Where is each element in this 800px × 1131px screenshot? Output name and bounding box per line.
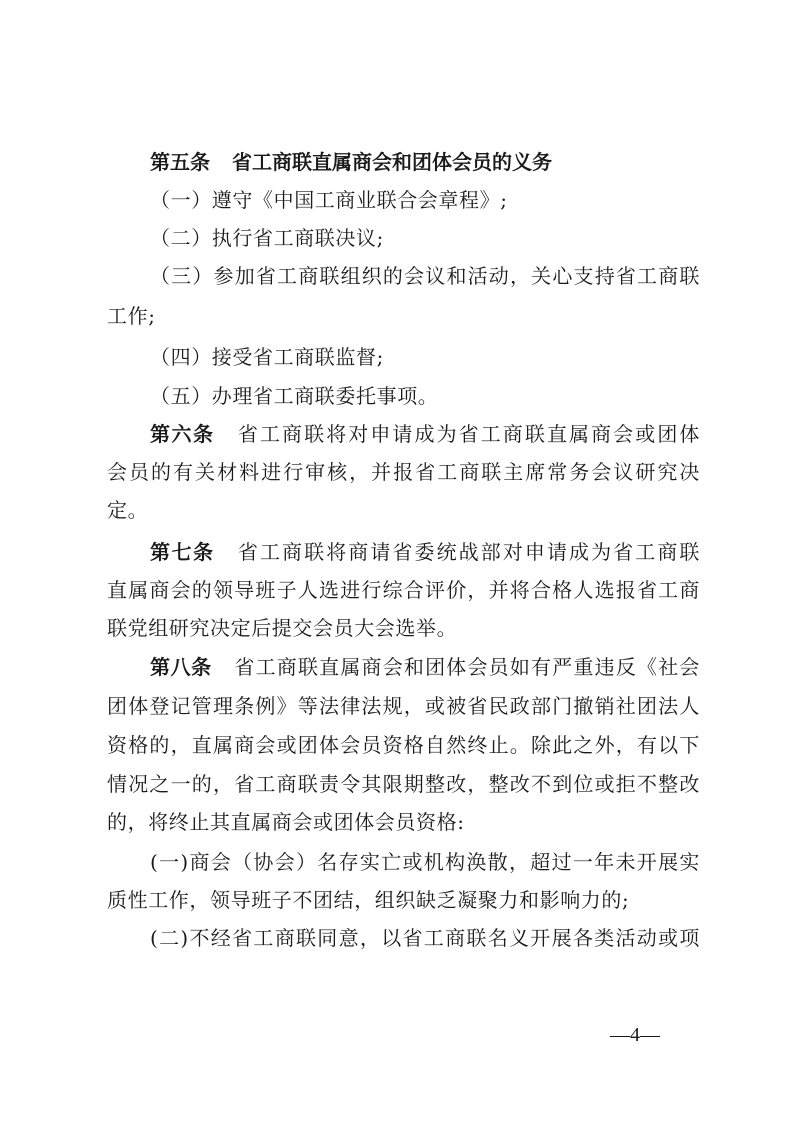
line-text: 质性工作，领导班子不团结，组织缺乏凝聚力和影响力的; bbox=[107, 888, 629, 912]
text-line: （二）执行省工商联决议; bbox=[150, 226, 700, 250]
line-text: （五）办理省工商联委托事项。 bbox=[150, 384, 438, 408]
line-text: 定。 bbox=[107, 498, 148, 522]
line-text: 直属商会的领导班子人选进行综合评价，并将合格人选报省工商 bbox=[107, 578, 700, 602]
text-line: (二)不经省工商联同意，以省工商联名义开展各类活动或项 bbox=[150, 926, 700, 950]
line-text: 资格的，直属商会或团体会员资格自然终止。除此之外，有以下 bbox=[107, 733, 700, 757]
line-text: 的，将终止其直属商会或团体会员资格: bbox=[107, 810, 465, 834]
article-number: 第七条 bbox=[150, 540, 214, 564]
article-heading-line: 第七条省工商联将商请省委统战部对申请成为省工商联 bbox=[150, 540, 700, 564]
line-text: (二)不经省工商联同意，以省工商联名义开展各类活动或项 bbox=[150, 926, 700, 950]
line-text: 工作; bbox=[107, 304, 156, 328]
line-text: （三）参加省工商联组织的会议和活动，关心支持省工商联 bbox=[150, 264, 700, 288]
line-text: （二）执行省工商联决议; bbox=[150, 226, 384, 250]
text-line: 资格的，直属商会或团体会员资格自然终止。除此之外，有以下 bbox=[107, 733, 700, 757]
line-text: 情况之一的，省工商联责令其限期整改，整改不到位或拒不整改 bbox=[107, 772, 700, 796]
line-text: （一）遵守《中国工商业联合会章程》; bbox=[150, 188, 508, 212]
text-line: (一)商会（协会）名存实亡或机构涣散，超过一年未开展实 bbox=[150, 850, 700, 874]
text-line: 的，将终止其直属商会或团体会员资格: bbox=[107, 810, 700, 834]
article-number: 第八条 bbox=[150, 655, 212, 679]
text-line: （三）参加省工商联组织的会议和活动，关心支持省工商联 bbox=[150, 264, 700, 288]
line-text: 会员的有关材料进行审核，并报省工商联主席常务会议研究决 bbox=[107, 460, 700, 484]
line-text: 团体登记管理条例》等法律法规，或被省民政部门撤销社团法人 bbox=[107, 694, 700, 718]
text-line: 质性工作，领导班子不团结，组织缺乏凝聚力和影响力的; bbox=[107, 888, 700, 912]
article-number: 第六条 bbox=[150, 422, 214, 446]
text-line: （一）遵守《中国工商业联合会章程》; bbox=[150, 188, 700, 212]
document-page: 第五条省工商联直属商会和团体会员的义务（一）遵守《中国工商业联合会章程》;（二）… bbox=[0, 0, 800, 1131]
line-text: 省工商联直属商会和团体会员如有严重违反《社会 bbox=[234, 655, 700, 679]
text-line: 工作; bbox=[107, 304, 700, 328]
text-line: 情况之一的，省工商联责令其限期整改，整改不到位或拒不整改 bbox=[107, 772, 700, 796]
article-heading-line: 第八条省工商联直属商会和团体会员如有严重违反《社会 bbox=[150, 655, 700, 679]
line-text: （四）接受省工商联监督; bbox=[150, 345, 384, 369]
text-line: 直属商会的领导班子人选进行综合评价，并将合格人选报省工商 bbox=[107, 578, 700, 602]
page-number: —4— bbox=[610, 1024, 660, 1047]
text-line: （四）接受省工商联监督; bbox=[150, 345, 700, 369]
line-text: 省工商联直属商会和团体会员的义务 bbox=[232, 150, 552, 174]
article-heading-line: 第五条省工商联直属商会和团体会员的义务 bbox=[150, 150, 700, 174]
line-text: 省工商联将商请省委统战部对申请成为省工商联 bbox=[236, 540, 700, 564]
article-number: 第五条 bbox=[150, 150, 210, 174]
text-line: （五）办理省工商联委托事项。 bbox=[150, 384, 700, 408]
line-text: (一)商会（协会）名存实亡或机构涣散，超过一年未开展实 bbox=[150, 850, 700, 874]
text-line: 会员的有关材料进行审核，并报省工商联主席常务会议研究决 bbox=[107, 460, 700, 484]
line-text: 联党组研究决定后提交会员大会选举。 bbox=[107, 616, 457, 640]
line-text: 省工商联将对申请成为省工商联直属商会或团体 bbox=[236, 422, 700, 446]
text-line: 定。 bbox=[107, 498, 700, 522]
text-line: 联党组研究决定后提交会员大会选举。 bbox=[107, 616, 700, 640]
text-line: 团体登记管理条例》等法律法规，或被省民政部门撤销社团法人 bbox=[107, 694, 700, 718]
article-heading-line: 第六条省工商联将对申请成为省工商联直属商会或团体 bbox=[150, 422, 700, 446]
